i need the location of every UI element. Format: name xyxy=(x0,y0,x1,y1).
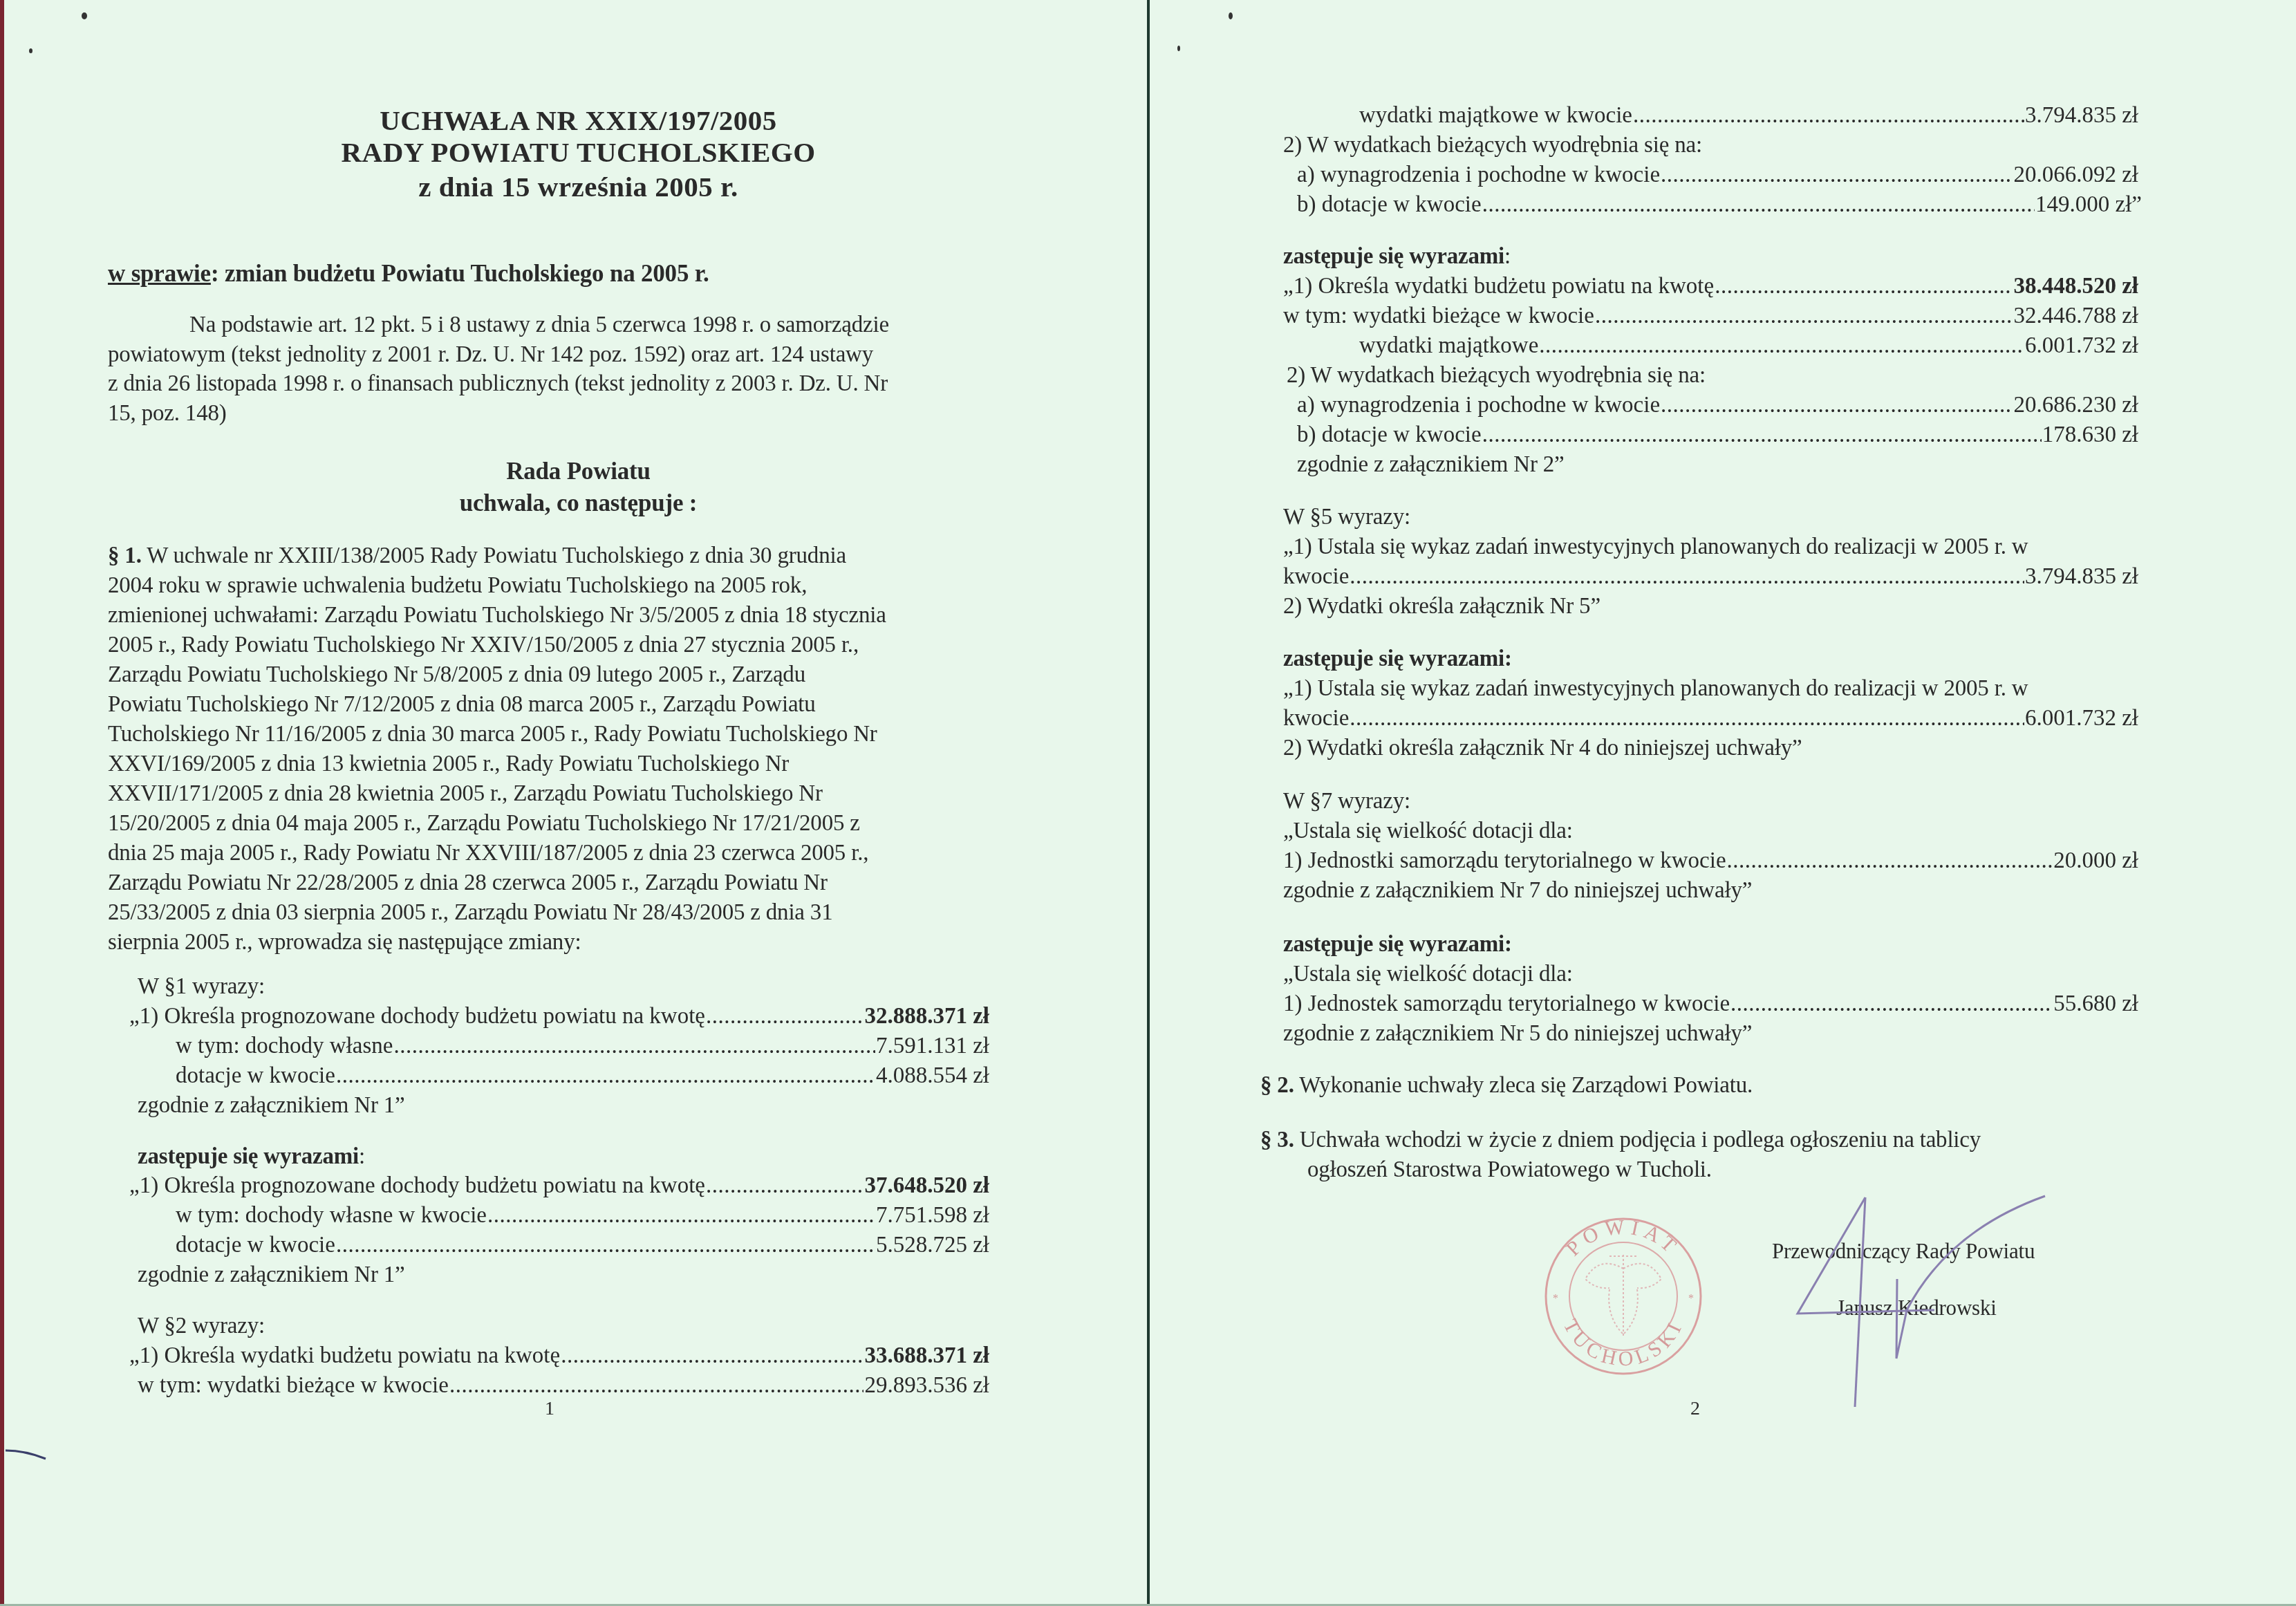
amount-row: w tym: dochody własne7.591.131 zł xyxy=(176,1031,989,1061)
amount-row: a) wynagrodzenia i pochodne w kwocie20.0… xyxy=(1297,160,2138,190)
row-label: a) wynagrodzenia i pochodne w kwocie xyxy=(1297,391,1660,420)
leader-dots xyxy=(1350,704,2024,734)
par5-new-heading: zastępuje się wyrazami: xyxy=(1283,644,1512,674)
subject-text: : zmian budżetu Powiatu Tucholskiego na … xyxy=(211,260,709,287)
row-amount: 7.591.131 zł xyxy=(876,1031,989,1061)
row-amount: 3.794.835 zł xyxy=(2025,101,2138,131)
subject-prefix: w sprawie xyxy=(108,260,211,287)
section-1-line: Zarządu Powiatu Tucholskiego Nr 5/8/2005… xyxy=(108,660,805,690)
row-amount: 3.794.835 zł xyxy=(2025,562,2138,592)
row-label: kwocie xyxy=(1283,704,1349,734)
handwritten-signature-icon xyxy=(1768,1189,2059,1410)
scan-speck xyxy=(29,48,32,53)
row-label: „1) Określa wydatki budżetu powiatu na k… xyxy=(1283,272,1714,301)
row-amount: 20.066.092 zł xyxy=(2013,160,2138,190)
par1-old-footer: zgodnie z załącznikiem Nr 1” xyxy=(138,1091,405,1121)
leader-dots xyxy=(1730,989,2053,1019)
section-3: § 3. Uchwała wchodzi w życie z dniem pod… xyxy=(1260,1126,1981,1155)
amount-row: wydatki majątkowe w kwocie3.794.835 zł xyxy=(1359,101,2138,131)
par2-new-subheading: 2) W wydatkach bieżących wyodrębnia się … xyxy=(1287,361,1706,391)
row-amount: 6.001.732 zł xyxy=(2025,704,2138,734)
subject-line: w sprawie: zmian budżetu Powiatu Tuchols… xyxy=(108,259,709,288)
par5-new-line: 2) Wydatki określa załącznik Nr 4 do nin… xyxy=(1283,734,1802,763)
amount-row: b) dotacje w kwocie149.000 zł” xyxy=(1297,190,2142,220)
leader-dots xyxy=(1633,101,2024,131)
heading-text: zastępuje się wyrazami xyxy=(138,1144,359,1169)
par5-old-heading: W §5 wyrazy: xyxy=(1283,503,1410,532)
stamp-top-text: POWIAT xyxy=(1562,1215,1685,1261)
legal-basis-line: z dnia 26 listopada 1998 r. o finansach … xyxy=(108,369,888,399)
page-number: 1 xyxy=(545,1398,554,1420)
par7-new-heading: zastępuje się wyrazami: xyxy=(1283,930,1512,960)
heading-suffix: : xyxy=(359,1144,365,1169)
row-label: w tym: dochody własne w kwocie xyxy=(176,1201,487,1231)
leader-dots xyxy=(561,1341,864,1371)
amount-row: „1) Określa prognozowane dochody budżetu… xyxy=(129,1002,989,1031)
section-3-line: ogłoszeń Starostwa Powiatowego w Tucholi… xyxy=(1307,1155,1712,1185)
svg-text:TUCHOLSKI: TUCHOLSKI xyxy=(1559,1316,1688,1371)
par1-old-heading: W §1 wyrazy: xyxy=(138,972,265,1002)
row-label: wydatki majątkowe xyxy=(1359,331,1538,361)
section-3-marker: § 3. xyxy=(1260,1128,1294,1152)
row-label: dotacje w kwocie xyxy=(176,1231,335,1260)
row-label: 1) Jednostki samorządu terytorialnego w … xyxy=(1283,846,1726,876)
official-stamp-icon: POWIAT TUCHOLSKI * * xyxy=(1540,1213,1706,1379)
leader-dots xyxy=(1482,190,2035,220)
row-amount: 33.688.371 zł xyxy=(864,1341,989,1371)
leader-dots xyxy=(706,1002,864,1031)
leader-dots xyxy=(1661,391,2013,420)
row-label: „1) Określa prognozowane dochody budżetu… xyxy=(129,1171,705,1201)
leader-dots xyxy=(1595,301,2013,331)
amount-row: 1) Jednostki samorządu terytorialnego w … xyxy=(1283,846,2138,876)
pen-mark-icon xyxy=(4,1445,53,1466)
amount-row: w tym: wydatki bieżące w kwocie32.446.78… xyxy=(1283,301,2138,331)
heading-suffix: : xyxy=(1504,244,1511,269)
row-label: wydatki majątkowe w kwocie xyxy=(1359,101,1632,131)
council-name: RADY POWIATU TUCHOLSKIEGO xyxy=(4,136,1152,169)
par2-old-subheading: 2) W wydatkach bieżących wyodrębnia się … xyxy=(1283,131,1702,160)
scan-speck xyxy=(1177,46,1180,51)
stamp-bottom-text: TUCHOLSKI xyxy=(1559,1316,1688,1371)
section-1-line: XXVII/171/2005 z dnia 28 kwietnia 2005 r… xyxy=(108,779,823,809)
par1-new-heading: zastępuje się wyrazami: xyxy=(138,1142,365,1172)
leader-dots xyxy=(706,1171,864,1201)
row-amount: 4.088.554 zł xyxy=(876,1061,989,1091)
par5-new-line: „1) Ustala się wykaz zadań inwestycyjnyc… xyxy=(1283,674,2028,704)
row-label: w tym: wydatki bieżące w kwocie xyxy=(138,1371,449,1401)
amount-row: b) dotacje w kwocie178.630 zł xyxy=(1297,420,2138,450)
leader-dots xyxy=(1350,562,2024,592)
section-1-line: dnia 25 maja 2005 r., Rady Powiatu Nr XX… xyxy=(108,839,868,868)
section-1-line: 2004 roku w sprawie uchwalenia budżetu P… xyxy=(108,571,807,601)
row-label: b) dotacje w kwocie xyxy=(1297,420,1482,450)
amount-row: w tym: wydatki bieżące w kwocie29.893.53… xyxy=(138,1371,989,1401)
amount-row: „1) Określa wydatki budżetu powiatu na k… xyxy=(129,1341,989,1371)
legal-basis-line: Na podstawie art. 12 pkt. 5 i 8 ustawy z… xyxy=(189,310,889,340)
row-label: b) dotacje w kwocie xyxy=(1297,190,1482,220)
par5-old-line: 2) Wydatki określa załącznik Nr 5” xyxy=(1283,592,1600,622)
amount-row: dotacje w kwocie5.528.725 zł xyxy=(176,1231,989,1260)
resolution-date: z dnia 15 września 2005 r. xyxy=(4,170,1152,203)
row-amount: 7.751.598 zł xyxy=(876,1201,989,1231)
scan-speck xyxy=(82,12,87,19)
section-2-marker: § 2. xyxy=(1260,1073,1294,1098)
row-amount: 29.893.536 zł xyxy=(864,1371,989,1401)
section-1-line: XXVI/169/2005 z dnia 13 kwietnia 2005 r.… xyxy=(108,749,789,779)
leader-dots xyxy=(393,1031,875,1061)
amount-row: wydatki majątkowe6.001.732 zł xyxy=(1359,331,2138,361)
leader-dots xyxy=(487,1201,875,1231)
section-1-line: 15/20/2005 z dnia 04 maja 2005 r., Zarzą… xyxy=(108,809,860,839)
council-heading: Rada Powiatu xyxy=(4,456,1152,486)
amount-row: w tym: dochody własne w kwocie7.751.598 … xyxy=(176,1201,989,1231)
amount-row: „1) Określa wydatki budżetu powiatu na k… xyxy=(1283,272,2138,301)
section-1-line: zmienionej uchwałami: Zarządu Powiatu Tu… xyxy=(108,601,886,631)
svg-text:POWIAT: POWIAT xyxy=(1562,1215,1685,1261)
section-1-line: 2005 r., Rady Powiatu Tucholskiego Nr XX… xyxy=(108,631,859,660)
par1-new-footer: zgodnie z załącznikiem Nr 1” xyxy=(138,1260,405,1290)
par2-old-heading: W §2 wyrazy: xyxy=(138,1311,265,1341)
row-amount: 37.648.520 zł xyxy=(864,1171,989,1201)
row-label: a) wynagrodzenia i pochodne w kwocie xyxy=(1297,160,1660,190)
heading-text: zastępuje się wyrazami xyxy=(1283,244,1504,269)
row-label: w tym: wydatki bieżące w kwocie xyxy=(1283,301,1594,331)
row-amount: 5.528.725 zł xyxy=(876,1231,989,1260)
amount-row: kwocie3.794.835 zł xyxy=(1283,562,2138,592)
leader-dots xyxy=(1661,160,2013,190)
leader-dots xyxy=(336,1061,875,1091)
par2-new-heading: zastępuje się wyrazami: xyxy=(1283,242,1511,272)
par2-new-footer: zgodnie z załącznikiem Nr 2” xyxy=(1297,450,1565,480)
leader-dots xyxy=(1715,272,2013,301)
amount-row: kwocie6.001.732 zł xyxy=(1283,704,2138,734)
section-1-line: 25/33/2005 z dnia 03 sierpnia 2005 r., Z… xyxy=(108,898,832,928)
section-1-line: Zarządu Powiatu Nr 22/28/2005 z dnia 28 … xyxy=(108,868,828,898)
legal-basis-line: powiatowym (tekst jednolity z 2001 r. Dz… xyxy=(108,340,873,370)
enacts-heading: uchwala, co następuje : xyxy=(4,488,1152,518)
par7-new-footer: zgodnie z załącznikiem Nr 5 do niniejsze… xyxy=(1283,1019,1752,1049)
row-amount: 6.001.732 zł xyxy=(2025,331,2138,361)
leader-dots xyxy=(449,1371,864,1401)
page-2: wydatki majątkowe w kwocie3.794.835 zł 2… xyxy=(1150,0,2296,1606)
row-label: 1) Jednostek samorządu terytorialnego w … xyxy=(1283,989,1730,1019)
amount-row: dotacje w kwocie4.088.554 zł xyxy=(176,1061,989,1091)
section-2-text: Wykonanie uchwały zleca się Zarządowi Po… xyxy=(1294,1073,1753,1098)
leader-dots xyxy=(1482,420,2042,450)
row-label: „1) Określa wydatki budżetu powiatu na k… xyxy=(129,1341,560,1371)
par7-new-line: „Ustala się wielkość dotacji dla: xyxy=(1283,960,1573,989)
eagle-emblem-icon xyxy=(1585,1255,1661,1338)
row-label: „1) Określa prognozowane dochody budżetu… xyxy=(129,1002,705,1031)
section-2: § 2. Wykonanie uchwały zleca się Zarządo… xyxy=(1260,1071,1753,1101)
section-1-line: Powiatu Tucholskiego Nr 7/12/2005 z dnia… xyxy=(108,690,816,720)
row-amount: 32.446.788 zł xyxy=(2013,301,2138,331)
resolution-number: UCHWAŁA NR XXIX/197/2005 xyxy=(4,104,1152,137)
amount-row: a) wynagrodzenia i pochodne w kwocie20.6… xyxy=(1297,391,2138,420)
section-1-line: sierpnia 2005 r., wprowadza się następuj… xyxy=(108,928,581,958)
section-3-line: Uchwała wchodzi w życie z dniem podjęcia… xyxy=(1294,1128,1981,1152)
row-amount: 149.000 zł” xyxy=(2035,190,2142,220)
svg-text:*: * xyxy=(1688,1293,1694,1305)
row-amount: 20.686.230 zł xyxy=(2013,391,2138,420)
svg-text:*: * xyxy=(1553,1293,1558,1305)
row-amount: 38.448.520 zł xyxy=(2013,272,2138,301)
leader-dots xyxy=(336,1231,875,1260)
scan-speck xyxy=(1229,12,1233,19)
legal-basis-line: 15, poz. 148) xyxy=(108,399,227,429)
par7-old-line: „Ustala się wielkość dotacji dla: xyxy=(1283,816,1573,846)
section-1-marker: § 1. xyxy=(108,543,142,568)
leader-dots xyxy=(1539,331,2024,361)
amount-row: 1) Jednostek samorządu terytorialnego w … xyxy=(1283,989,2138,1019)
row-amount: 178.630 zł xyxy=(2042,420,2138,450)
section-1-line: Tucholskiego Nr 11/16/2005 z dnia 30 mar… xyxy=(108,720,877,749)
par7-old-heading: W §7 wyrazy: xyxy=(1283,787,1410,816)
amount-row: „1) Określa prognozowane dochody budżetu… xyxy=(129,1171,989,1201)
page-number: 2 xyxy=(1690,1398,1700,1420)
row-amount: 20.000 zł xyxy=(2053,846,2138,876)
row-label: kwocie xyxy=(1283,562,1349,592)
par7-old-footer: zgodnie z załącznikiem Nr 7 do niniejsze… xyxy=(1283,876,1752,906)
row-amount: 55.680 zł xyxy=(2053,989,2138,1019)
row-label: w tym: dochody własne xyxy=(176,1031,393,1061)
leader-dots xyxy=(1727,846,2053,876)
row-amount: 32.888.371 zł xyxy=(864,1002,989,1031)
par5-old-line: „1) Ustala się wykaz zadań inwestycyjnyc… xyxy=(1283,532,2028,562)
section-1-line: W uchwale nr XXIII/138/2005 Rady Powiatu… xyxy=(142,543,846,568)
page-1: UCHWAŁA NR XXIX/197/2005 RADY POWIATU TU… xyxy=(0,0,1148,1606)
row-label: dotacje w kwocie xyxy=(176,1061,335,1091)
